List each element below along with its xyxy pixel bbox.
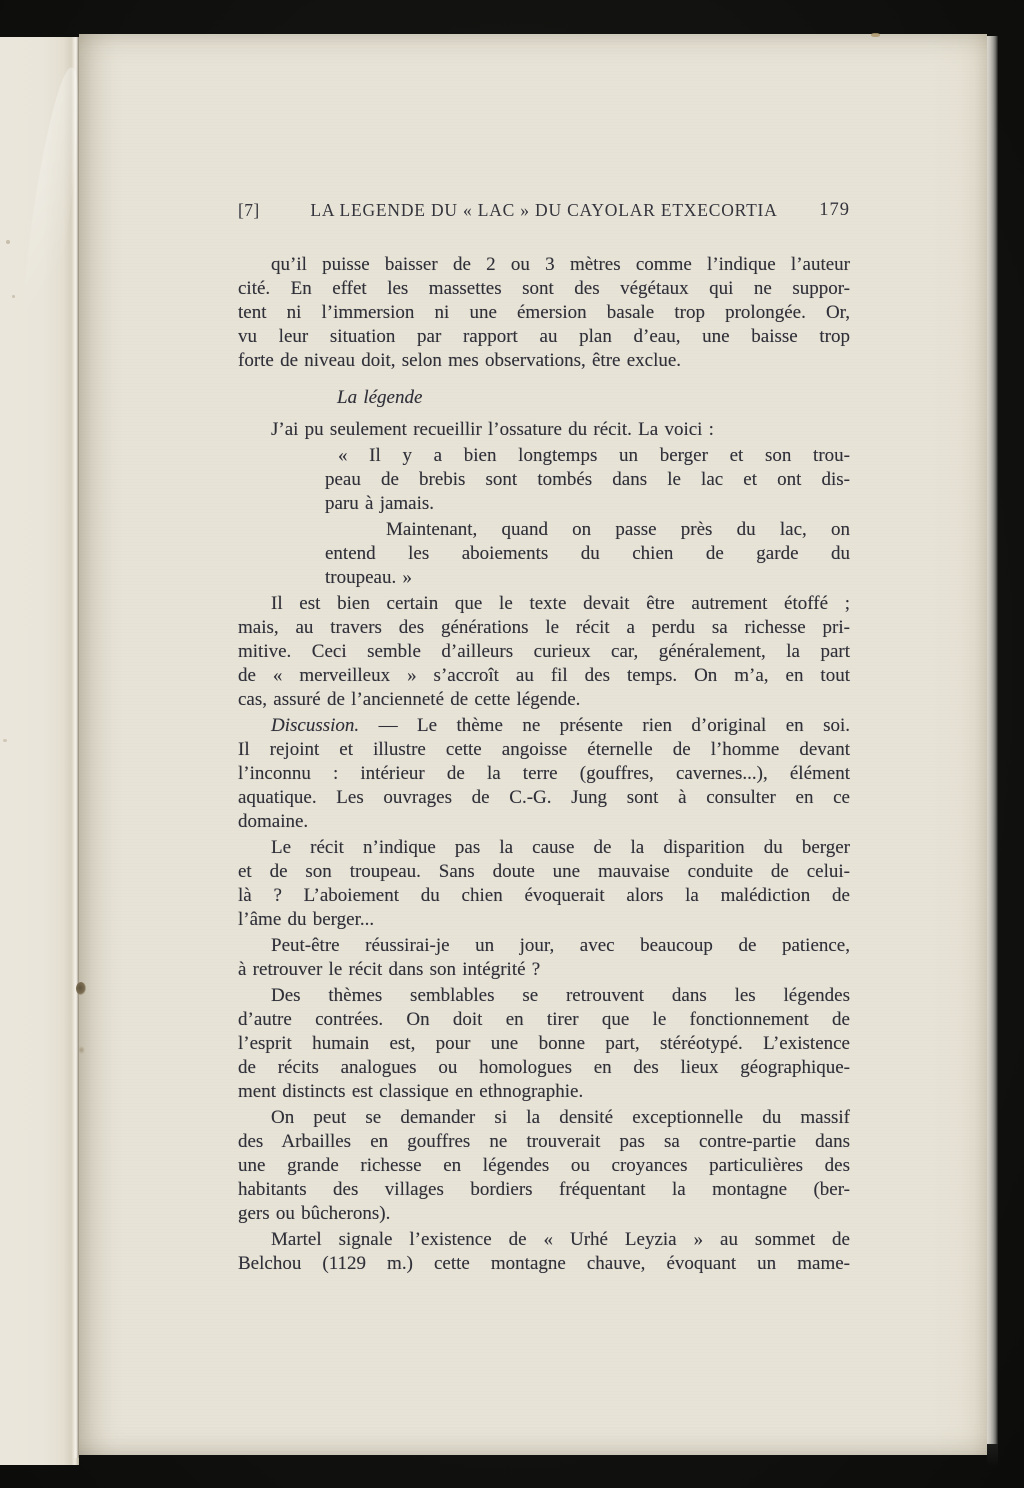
paragraph: qu’il puisse baisser de 2 ou 3 mètres co…: [238, 253, 850, 373]
text-line: troupeau. »: [325, 566, 850, 590]
text-line: paru à jamais.: [325, 492, 850, 516]
text-line: l’inconnu : intérieur de la terre (gouff…: [238, 762, 850, 786]
text-line: gers ou bûcherons).: [238, 1202, 850, 1226]
text-line: forte de niveau doit, selon mes observat…: [238, 349, 850, 373]
text-line: l’esprit humain est, pour une bonne part…: [238, 1032, 850, 1056]
text-line: On peut se demander si la densité except…: [238, 1106, 850, 1130]
text-line: Discussion. — Le thème ne présente rien …: [238, 714, 850, 738]
text-line: vu leur situation par rapport au plan d’…: [238, 325, 850, 349]
text-line: qu’il puisse baisser de 2 ou 3 mètres co…: [238, 253, 850, 277]
body-text: qu’il puisse baisser de 2 ou 3 mètres co…: [238, 253, 850, 1276]
text-line: mitive. Ceci semble d’ailleurs curieux c…: [238, 640, 850, 664]
page-stain: [76, 982, 86, 995]
text-line: peau de brebis sont tombés dans le lac e…: [325, 468, 850, 492]
paragraph: J’ai pu seulement recueillir l’ossature …: [238, 418, 850, 442]
text-line: habitants des villages bordiers fréquent…: [238, 1178, 850, 1202]
page-number: 179: [819, 200, 850, 221]
text-line: domaine.: [238, 810, 850, 834]
page-stain: [78, 1046, 85, 1054]
facing-page-edge: [0, 37, 79, 1465]
page-stain: [871, 33, 880, 37]
book-page: [7] LA LEGENDE DU « LAC » DU CAYOLAR ETX…: [79, 34, 987, 1455]
section-heading: La légende: [337, 386, 850, 410]
paragraph: Des thèmes semblables se retrouvent dans…: [238, 984, 850, 1104]
page-stack-edge: [987, 36, 998, 1444]
text-line: à retrouver le récit dans son intégrité …: [238, 958, 850, 982]
running-title: LA LEGENDE DU « LAC » DU CAYOLAR ETXECOR…: [238, 200, 850, 221]
text-line: ment distincts est classique en ethnogra…: [238, 1080, 850, 1104]
paragraph: On peut se demander si la densité except…: [238, 1106, 850, 1226]
text-line: Belchou (1129 m.) cette montagne chauve,…: [238, 1252, 850, 1276]
text-line: tent ni l’immersion ni une émersion basa…: [238, 301, 850, 325]
scanner-background: [7] LA LEGENDE DU « LAC » DU CAYOLAR ETX…: [0, 0, 1024, 1488]
text-line: J’ai pu seulement recueillir l’ossature …: [238, 418, 850, 442]
paragraph: Le récit n’indique pas la cause de la di…: [238, 836, 850, 932]
text-line: d’autre contrées. On doit en tirer que l…: [238, 1008, 850, 1032]
foxing-spot: [12, 295, 15, 298]
text-line: cas, assuré de l’ancienneté de cette lég…: [238, 688, 850, 712]
quoted-passage: Maintenant, quand on passe près du lac, …: [325, 518, 850, 590]
text-line: Le récit n’indique pas la cause de la di…: [238, 836, 850, 860]
italic-lead: Discussion.: [271, 715, 359, 736]
page-header: [7] LA LEGENDE DU « LAC » DU CAYOLAR ETX…: [238, 200, 850, 224]
text-line: mais, au travers des générations le réci…: [238, 616, 850, 640]
text-line: de « merveilleux » s’accroît au fil des …: [238, 664, 850, 688]
paragraph: Martel signale l’existence de « Urhé Ley…: [238, 1228, 850, 1276]
quoted-passage: « Il y a bien longtemps un berger et son…: [325, 444, 850, 516]
text-line: là ? L’aboiement du chien évoquerait alo…: [238, 884, 850, 908]
text-line: Martel signale l’existence de « Urhé Ley…: [238, 1228, 850, 1252]
text-line: Maintenant, quand on passe près du lac, …: [325, 518, 850, 542]
text-line: « Il y a bien longtemps un berger et son…: [325, 444, 850, 468]
text-line: Il est bien certain que le texte devait …: [238, 592, 850, 616]
text-line: et de son troupeau. Sans doute une mauva…: [238, 860, 850, 884]
paragraph: Il est bien certain que le texte devait …: [238, 592, 850, 712]
text-line: entend les aboiements du chien de garde …: [325, 542, 850, 566]
text-line: Il rejoint et illustre cette angoisse ét…: [238, 738, 850, 762]
text-line: cité. En effet les massettes sont des vé…: [238, 277, 850, 301]
paragraph: Peut-être réussirai-je un jour, avec bea…: [238, 934, 850, 982]
text-line: aquatique. Les ouvrages de C.-G. Jung so…: [238, 786, 850, 810]
text-line: une grande richesse en légendes ou croya…: [238, 1154, 850, 1178]
text-line: des Arbailles en gouffres ne trouverait …: [238, 1130, 850, 1154]
text-line: Peut-être réussirai-je un jour, avec bea…: [238, 934, 850, 958]
text-line: de récits analogues ou homologues en des…: [238, 1056, 850, 1080]
foxing-spot: [6, 240, 10, 244]
text-line: Des thèmes semblables se retrouvent dans…: [238, 984, 850, 1008]
paragraph: Discussion. — Le thème ne présente rien …: [238, 714, 850, 834]
foxing-spot: [3, 739, 7, 742]
text-line: l’âme du berger...: [238, 908, 850, 932]
